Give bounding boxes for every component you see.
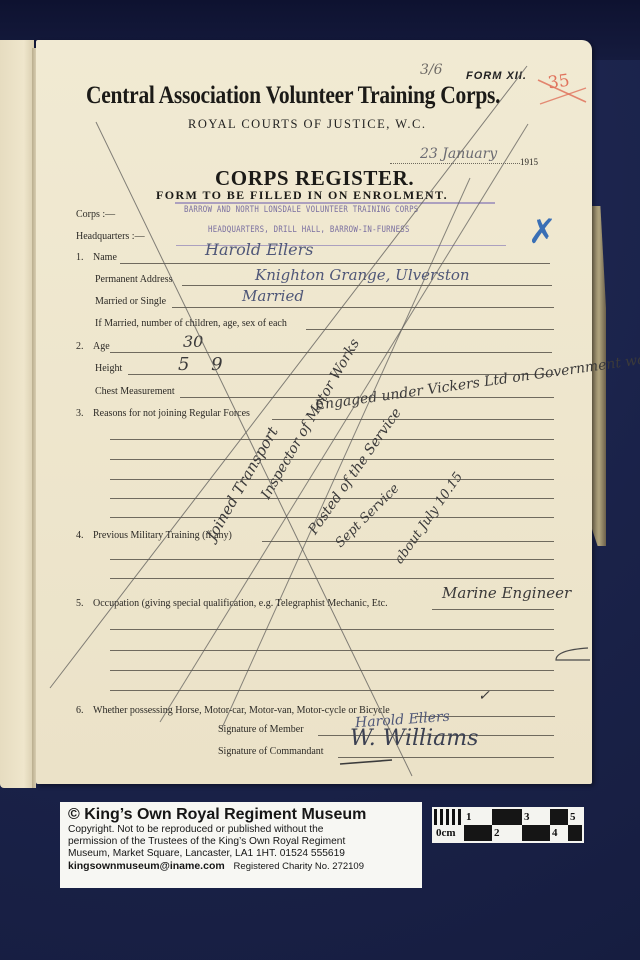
scale-block [522,825,550,841]
copyright-line-2: permission of the Trustees of the King’s… [68,836,414,848]
cm-scale-bar: 1 3 5 0cm 2 4 [432,807,584,843]
scale-label-5: 5 [568,809,582,825]
charity-number: Registered Charity No. 272109 [234,861,364,872]
copyright-line-1: Copyright. Not to be reproduced or publi… [68,824,414,836]
scale-label-0: 0cm [434,825,464,841]
scale-block [492,809,522,825]
copyright-label: © King’s Own Royal Regiment Museum Copyr… [60,802,422,888]
scale-label-2: 2 [492,825,522,841]
scale-label-3: 3 [522,809,550,825]
copyright-line-3: Museum, Market Square, Lancaster, LA1 1H… [68,848,414,860]
scale-block [464,825,492,841]
scale-label-4: 4 [550,825,568,841]
mm-ticks [434,809,464,825]
museum-email[interactable]: kingsownmuseum@iname.com [68,860,225,872]
copyright-title: © King’s Own Royal Regiment Museum [68,806,414,824]
scale-label-1: 1 [464,809,492,825]
scale-block [568,825,582,841]
